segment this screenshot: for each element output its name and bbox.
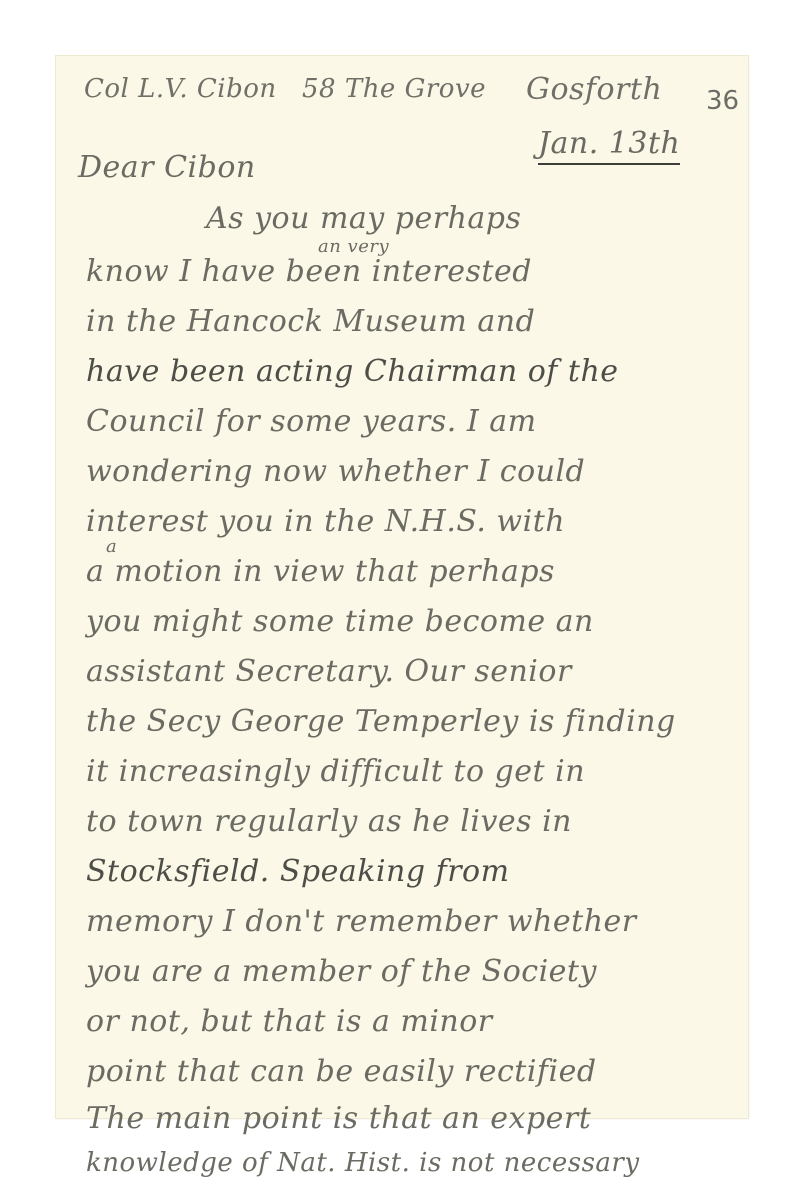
address-street: 58 The Grove bbox=[302, 74, 486, 104]
letter-line-10: assistant Secretary. Our senior bbox=[86, 654, 572, 689]
letter-line-17: or not, but that is a minor bbox=[86, 1004, 493, 1039]
letter-line-20: knowledge of Nat. Hist. is not necessary bbox=[86, 1148, 640, 1178]
folio-number: 36 bbox=[706, 86, 739, 116]
letter-line-16: you are a member of the Society bbox=[86, 954, 597, 989]
letter-line-3: in the Hancock Museum and bbox=[86, 304, 535, 339]
letter-line-5: Council for some years. I am bbox=[86, 404, 537, 439]
letter-line-9: you might some time become an bbox=[86, 604, 594, 639]
letter-date: Jan. 13th bbox=[538, 126, 680, 165]
letter-paper: Col L.V. Cibon 58 The Grove Gosforth 36 … bbox=[56, 56, 748, 1118]
salutation: Dear Cibon bbox=[78, 150, 256, 185]
letter-line-18: point that can be easily rectified bbox=[86, 1054, 597, 1089]
letter-line-7: interest you in the N.H.S. with bbox=[86, 504, 565, 539]
letter-line-6: wondering now whether I could bbox=[86, 454, 585, 489]
sender-name: Col L.V. Cibon bbox=[84, 74, 277, 104]
letter-line-15: memory I don't remember whether bbox=[86, 904, 637, 939]
letter-line-8: a motion in view that perhaps bbox=[86, 554, 555, 589]
letter-line-1: As you may perhaps bbox=[206, 201, 521, 236]
letter-line-12: it increasingly difficult to get in bbox=[86, 754, 585, 789]
letter-line-2: know I have been interested bbox=[86, 254, 532, 289]
letter-line-11: the Secy George Temperley is finding bbox=[86, 704, 676, 739]
letter-line-14: Stocksfield. Speaking from bbox=[86, 854, 510, 889]
address-town: Gosforth bbox=[526, 72, 662, 107]
letter-line-4: have been acting Chairman of the bbox=[86, 354, 619, 389]
letter-line-13: to town regularly as he lives in bbox=[86, 804, 572, 839]
letter-line-19: The main point is that an expert bbox=[86, 1101, 591, 1136]
